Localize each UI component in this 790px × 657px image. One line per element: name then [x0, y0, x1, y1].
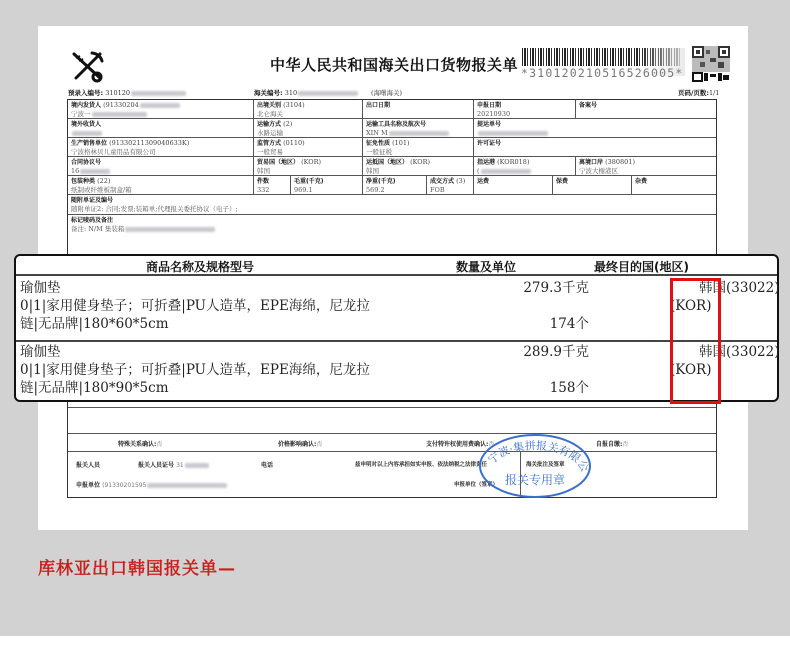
- field-manufacturer: 生产销售单位 (91330211309040633K)宁波格林贝儿童用品有限公司: [68, 138, 254, 157]
- field-package-count: 件数332: [254, 176, 291, 195]
- field-license-number: 许可证号: [474, 138, 716, 157]
- page-count: 页码/页数:1/1: [678, 88, 719, 97]
- quantity-weight: 289.9千克: [523, 343, 589, 361]
- field-bill-of-lading: 提运单号: [474, 119, 716, 138]
- qr-code-icon: [692, 46, 730, 82]
- district-code: (33022): [726, 343, 779, 361]
- goods-row: 瑜伽垫 0|1|家用健身垫子；可折叠|PU人造革，EPE海绵，尼龙拉 链|无品牌…: [16, 278, 777, 335]
- field-transaction-mode: 成交方式 (3)FOB: [427, 176, 474, 195]
- caption: 库林亚出口韩国报关单—: [38, 554, 236, 579]
- product-description: 瑜伽垫 0|1|家用健身垫子；可折叠|PU人造革，EPE海绵，尼龙拉 链|无品牌…: [20, 343, 370, 397]
- goods-row: 瑜伽垫 0|1|家用健身垫子；可折叠|PU人造革，EPE海绵，尼龙拉 链|无品牌…: [16, 342, 777, 399]
- field-gross-weight: 毛重(千克)969.1: [291, 176, 363, 195]
- destination-highlight-box: [670, 278, 721, 404]
- declarant-id: 报关人员证号 31: [138, 460, 209, 469]
- special-relationship-confirm: 特殊关系确认:否: [118, 439, 162, 448]
- product-description: 瑜伽垫 0|1|家用健身垫子；可折叠|PU人造革，EPE海绵，尼龙拉 链|无品牌…: [20, 279, 370, 333]
- self-declare-confirm: 自报自缴:否: [596, 439, 628, 448]
- field-net-weight: 净重(千克)569.2: [363, 176, 427, 195]
- header-product-name: 商品名称及规格型号: [146, 258, 254, 275]
- header-destination: 最终目的国(地区): [594, 258, 689, 275]
- field-domestic-shipper: 境内发货人 (91330204宁波一: [68, 100, 254, 119]
- district-code: (33022): [726, 279, 779, 297]
- declaring-unit: 申报单位 (91330201595: [76, 480, 227, 489]
- quantity-count: 158个: [550, 379, 589, 397]
- quantity-count: 174个: [550, 315, 589, 333]
- field-supervision-mode: 监管方式 (0110)一般贸易: [254, 138, 363, 157]
- field-record-number: 备案号: [576, 100, 716, 119]
- field-package-type: 包装种类 (22)纸制或纤维板制盒/箱: [68, 176, 254, 195]
- field-contract-number: 合同协议号16: [68, 157, 254, 176]
- divider: [68, 451, 716, 452]
- declaration-statement: 兹申明对以上内容承担如实申报、依法纳税之法律责任: [355, 460, 487, 468]
- field-overseas-consignee: 境外收货人: [68, 119, 254, 138]
- svg-text:报关专用章: 报关专用章: [505, 472, 565, 487]
- field-exit-port: 离境口岸 (380801)宁波大榭港区: [576, 157, 716, 176]
- field-destination-country: 运抵国（地区） (KOR)韩国: [363, 157, 474, 176]
- field-destination-port: 指运港 (KOR018)(: [474, 157, 576, 176]
- field-vessel-voyage: 运输工具名称及航次号XIN M: [363, 119, 474, 138]
- field-export-date: 出口日期: [363, 100, 474, 119]
- customs-office: (海曙海关): [371, 88, 402, 97]
- price-influence-confirm: 价格影响确认:否: [278, 439, 322, 448]
- customs-stamp: 宁波·集拼报关有限公司 报关专用章: [475, 430, 595, 500]
- customs-emblem-icon: [70, 50, 106, 84]
- pre-entry-number: 预录入编号: 310120: [68, 88, 186, 97]
- goods-table: 商品名称及规格型号 数量及单位 最终目的国(地区) 瑜伽垫 0|1|家用健身垫子…: [14, 254, 779, 402]
- phone-label: 电话: [261, 460, 273, 469]
- field-levy-nature: 征免性质 (101)一般征税: [363, 138, 474, 157]
- field-insurance: 保费: [553, 176, 632, 195]
- field-trading-country: 贸易国（地区） (KOR)韩国: [254, 157, 363, 176]
- document-title: 中华人民共和国海关出口货物报关单: [270, 54, 518, 75]
- field-transport-mode: 运输方式 (2)水路运输: [254, 119, 363, 138]
- header-quantity: 数量及单位: [456, 258, 516, 275]
- declarant-label: 报关人员: [76, 460, 100, 469]
- quantity-weight: 279.3千克: [523, 279, 589, 297]
- field-freight: 运费: [474, 176, 553, 195]
- field-declaration-date: 申报日期20210930: [474, 100, 576, 119]
- divider: [68, 433, 716, 434]
- barcode-text: *310120210516526005*: [521, 66, 683, 80]
- field-misc-fees: 杂费: [632, 176, 716, 195]
- goods-table-header: 商品名称及规格型号 数量及单位 最终目的国(地区): [16, 256, 777, 276]
- svg-text:宁波·集拼报关有限公司: 宁波·集拼报关有限公司: [475, 430, 591, 474]
- field-exit-customs: 出境关别 (3104)北仑海关: [254, 100, 363, 119]
- field-attached-documents: 随附单证及编号随附单证2: 合同;发票;装箱单;代理报关委托协议（电子）;: [68, 195, 716, 215]
- field-remarks: 标记唛码及备注备注: N/M 集装箱: [68, 215, 716, 255]
- customs-number: 海关编号: 310: [254, 88, 358, 97]
- divider: [68, 407, 716, 408]
